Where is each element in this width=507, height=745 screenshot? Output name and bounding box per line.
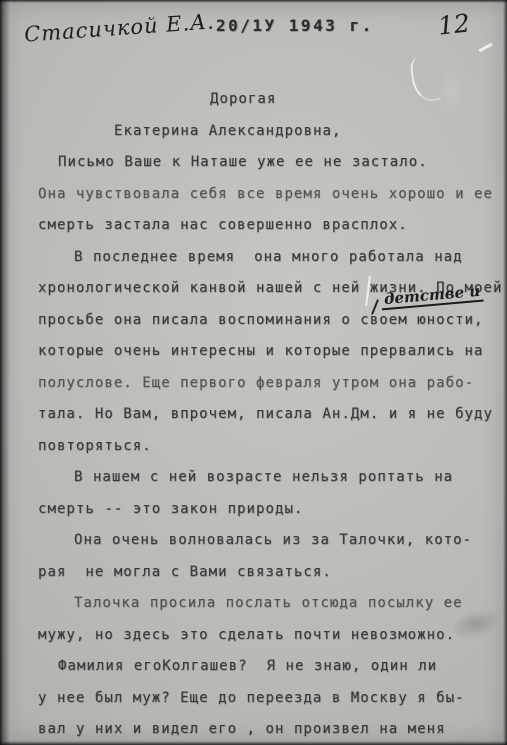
scanned-letter-page: Стасичкой Е.А. 20/1У 1943 г. 12 Дорогая … <box>0 0 507 745</box>
letter-line: повторяться. <box>38 431 493 463</box>
letter-line: у нее был муж? Еще до переезда в Москву … <box>38 683 493 715</box>
letter-line: Она чувствовала себя все время очень хор… <box>38 179 493 211</box>
letter-line: просьбе она писала воспоминания о своем … <box>38 305 493 337</box>
letter-line: смерть застала нас совершенно врасплох. <box>38 210 493 242</box>
letter-line: полуслове. Еще первого февраля утром она… <box>38 368 493 400</box>
letter-line: В последнее время она много работала над <box>38 242 493 274</box>
light-spot <box>438 66 464 116</box>
letter-line: мужу, но здесь это сделать почти невозмо… <box>38 620 493 652</box>
letter-line: Талочка просила послать отсюда посылку е… <box>38 588 493 620</box>
handwritten-page-number: 12 <box>437 8 472 40</box>
letter-line: В нашем с ней возрасте нельзя роптать на <box>38 462 493 494</box>
letter-line: тала. Но Вам, впрочем, писала Ан.Дм. и я… <box>38 399 493 431</box>
letter-body: Дорогая Екатерина Александровна, Письмо … <box>38 84 493 745</box>
film-scratch-mark <box>478 43 492 52</box>
handwritten-recipient-annotation: Стасичкой Е.А. <box>23 9 215 46</box>
salutation-line: Екатерина Александровна, <box>38 116 493 148</box>
letter-line: которые очень интересны и которые прерва… <box>38 336 493 368</box>
letter-line: Письмо Ваше к Наташе уже ее не застало. <box>38 147 493 179</box>
letter-line: смерть -- это закон природы. <box>38 494 493 526</box>
letter-line: Фамилия егоКолгашев? Я не знаю, один ли <box>38 651 493 683</box>
typed-date: 20/1У 1943 г. <box>216 16 374 35</box>
photo-edge-left <box>0 0 10 745</box>
letter-line: вал у них и видел его , он произвел на м… <box>38 714 493 745</box>
photo-edge-top <box>0 0 507 3</box>
photo-edge-right <box>503 0 507 745</box>
letter-line: Она очень волновалась из за Талочки, кот… <box>38 525 493 557</box>
letter-line: рая не могла с Вами связаться. <box>38 557 493 589</box>
